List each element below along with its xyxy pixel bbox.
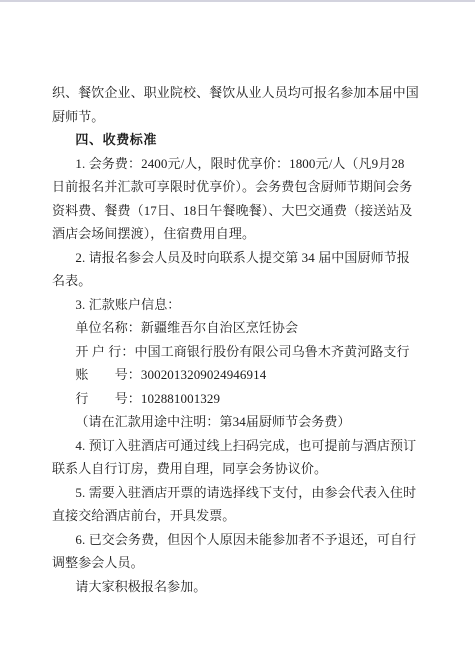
- fee-item-1-line: 日前报名并汇款可享限时优享价）。会务费包含厨师节期间会务: [52, 175, 420, 199]
- fee-item-1-line: 资料费、餐费（17日、18日午餐晚餐）、大巴交通费（接送站及: [52, 199, 420, 223]
- fee-item-3-remit-info-heading: 3. 汇款账户信息：: [52, 293, 420, 317]
- remit-bank-name-line: 开 户 行：中国工商银行股份有限公司乌鲁木齐黄河路支行: [52, 340, 420, 364]
- fee-item-2-line: 名表。: [52, 269, 420, 293]
- closing-invitation-line: 请大家积极报名参加。: [52, 575, 420, 599]
- document-body: 织、餐饮企业、职业院校、餐饮从业人员均可报名参加本届中国 厨师节。 四、收费标准…: [0, 2, 475, 598]
- fee-item-1-line: 1. 会务费：2400元/人，限时优享价：1800元/人（凡9月28: [52, 152, 420, 176]
- fee-item-5-line: 5. 需要入驻酒店开票的请选择线下支付，由参会代表入住时: [52, 481, 420, 505]
- remit-unit-name-line: 单位名称：新疆维吾尔自治区烹饪协会: [52, 316, 420, 340]
- fee-item-6-line: 调整参会人员。: [52, 551, 420, 575]
- fee-item-4-line: 联系人自行订房，费用自理，同享会务协议价。: [52, 457, 420, 481]
- fee-item-2-line: 2. 请报名参会人员及时向联系人提交第 34 届中国厨师节报: [52, 246, 420, 270]
- paragraph-continuation-line: 织、餐饮企业、职业院校、餐饮从业人员均可报名参加本届中国: [52, 81, 420, 105]
- section-heading-fee-standard: 四、收费标准: [52, 128, 420, 152]
- remit-account-number-line: 账 号：3002013209024946914: [52, 363, 420, 387]
- paragraph-continuation-line: 厨师节。: [52, 105, 420, 129]
- document-page: 织、餐饮企业、职业院校、餐饮从业人员均可报名参加本届中国 厨师节。 四、收费标准…: [0, 0, 475, 670]
- fee-item-1-line: 酒店会场间摆渡），住宿费用自理。: [52, 222, 420, 246]
- fee-item-4-line: 4. 预订入驻酒店可通过线上扫码完成，也可提前与酒店预订: [52, 434, 420, 458]
- fee-item-5-line: 直接交给酒店前台，开具发票。: [52, 504, 420, 528]
- fee-item-6-line: 6. 已交会务费，但因个人原因未能参加者不予退还，可自行: [52, 528, 420, 552]
- remit-note-line: （请在汇款用途中注明：第34届厨师节会务费）: [52, 410, 420, 434]
- remit-bank-code-line: 行 号：102881001329: [52, 387, 420, 411]
